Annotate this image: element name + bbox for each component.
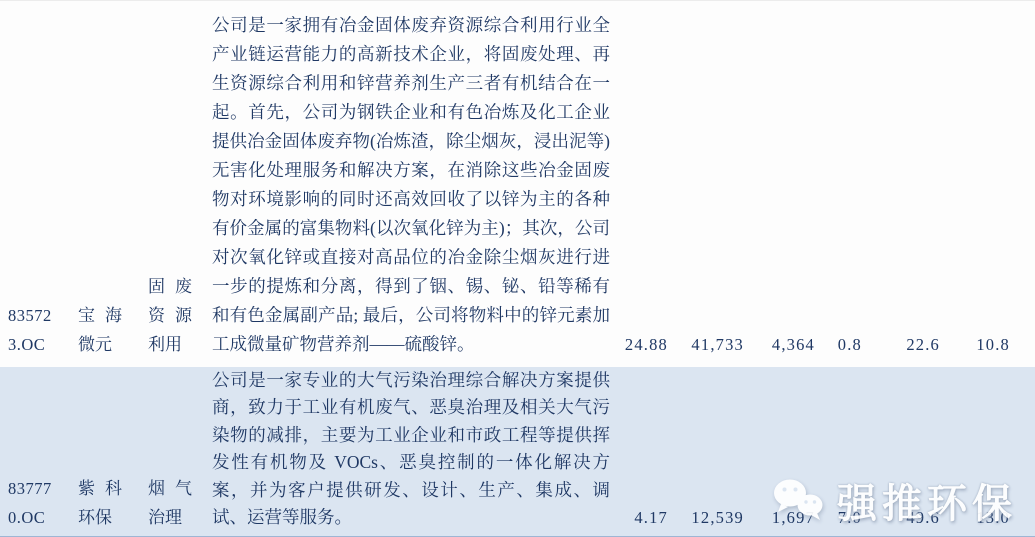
- metric-value: 10.8: [940, 1, 1010, 367]
- company-name: 宝海微元: [78, 301, 122, 359]
- company-name-cell: 紫科环保: [70, 367, 140, 537]
- metric-value: 22.6: [862, 1, 940, 367]
- business-category-cell: 固废资源利用: [140, 1, 212, 367]
- company-description-cell: 公司是一家拥有冶金固体废弃资源综合利用行业全产业链运营能力的高新技术企业，将固废…: [212, 1, 616, 367]
- company-description-cell: 公司是一家专业的大气污染治理综合解决方案提供商，致力于工业有机废气、恶臭治理及相…: [212, 367, 616, 537]
- metric-value: 4.17: [616, 367, 668, 537]
- report-table-page: 835723.OC 宝海微元 固废资源利用 公司是一家拥有冶金固体废弃资源综合利…: [0, 0, 1035, 537]
- stock-code-cell: 837770.OC: [0, 367, 70, 537]
- table-row: 837770.OC 紫科环保 烟气治理 公司是一家专业的大气污染治理综合解决方案…: [0, 367, 1035, 537]
- stock-code: 837770.OC: [8, 474, 54, 532]
- table-row: 835723.OC 宝海微元 固废资源利用 公司是一家拥有冶金固体废弃资源综合利…: [0, 1, 1035, 367]
- metric-value: 0.8: [815, 1, 862, 367]
- spacer-cell: [1010, 1, 1035, 367]
- business-category: 固废资源利用: [148, 272, 192, 359]
- stock-code: 835723.OC: [8, 301, 54, 359]
- metric-value: 49.6: [862, 367, 940, 537]
- business-category: 烟气治理: [148, 474, 192, 532]
- company-name-cell: 宝海微元: [70, 1, 140, 367]
- metric-value: 13.0: [940, 367, 1010, 537]
- company-table: 835723.OC 宝海微元 固废资源利用 公司是一家拥有冶金固体废弃资源综合利…: [0, 0, 1035, 537]
- metric-value: 41,733: [668, 1, 744, 367]
- stock-code-cell: 835723.OC: [0, 1, 70, 367]
- business-category-cell: 烟气治理: [140, 367, 212, 537]
- spacer-cell: [1010, 367, 1035, 537]
- company-name: 紫科环保: [78, 474, 122, 532]
- company-description: 公司是一家专业的大气污染治理综合解决方案提供商，致力于工业有机废气、恶臭治理及相…: [212, 367, 610, 532]
- metric-value: 1,697: [744, 367, 815, 537]
- metric-value: 12,539: [668, 367, 744, 537]
- metric-value: 7.0: [815, 367, 862, 537]
- company-description: 公司是一家拥有冶金固体废弃资源综合利用行业全产业链运营能力的高新技术企业，将固废…: [212, 11, 610, 359]
- metric-value: 4,364: [744, 1, 815, 367]
- metric-value: 24.88: [616, 1, 668, 367]
